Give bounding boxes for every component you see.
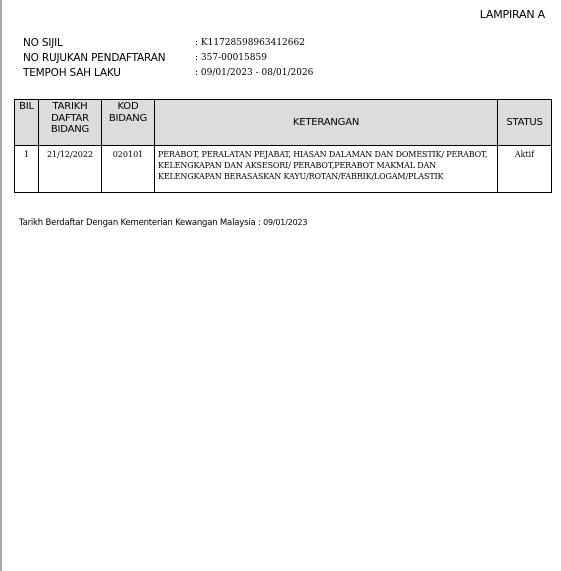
column-header-status: STATUS [498,100,552,146]
info-value: : K11728598963412662 [195,37,305,48]
column-header-kod: KOD BIDANG [102,100,155,146]
info-label: NO SIJIL [23,37,63,49]
cell-status: Aktif [498,146,552,193]
info-label: NO RUJUKAN PENDAFTARAN [23,52,165,64]
appendix-label: LAMPIRAN A [480,8,545,21]
column-header-tarikh: TARIKH DAFTAR BIDANG [39,100,102,146]
registration-note: Tarikh Berdaftar Dengan Kementerian Kewa… [19,218,307,228]
table-row: 1 21/12/2022 020101 PERABOT, PERALATAN P… [15,146,552,193]
info-value: : 09/01/2023 - 08/01/2026 [195,67,313,78]
column-header-bil: BIL [15,100,39,146]
page-left-border [0,0,2,571]
cell-tarikh: 21/12/2022 [39,146,102,193]
registration-label: Tarikh Berdaftar Dengan Kementerian Kewa… [19,218,263,228]
cell-kod: 020101 [102,146,155,193]
cell-bil: 1 [15,146,39,193]
cell-keterangan: PERABOT, PERALATAN PEJABAT, HIASAN DALAM… [155,146,498,193]
bidang-table: BIL TARIKH DAFTAR BIDANG KOD BIDANG KETE… [14,99,552,193]
info-value: : 357-00015859 [195,52,267,63]
column-header-keterangan: KETERANGAN [155,100,498,146]
info-label: TEMPOH SAH LAKU [23,67,121,79]
table-header-row: BIL TARIKH DAFTAR BIDANG KOD BIDANG KETE… [15,100,552,146]
registration-date: 09/01/2023 [263,218,307,227]
